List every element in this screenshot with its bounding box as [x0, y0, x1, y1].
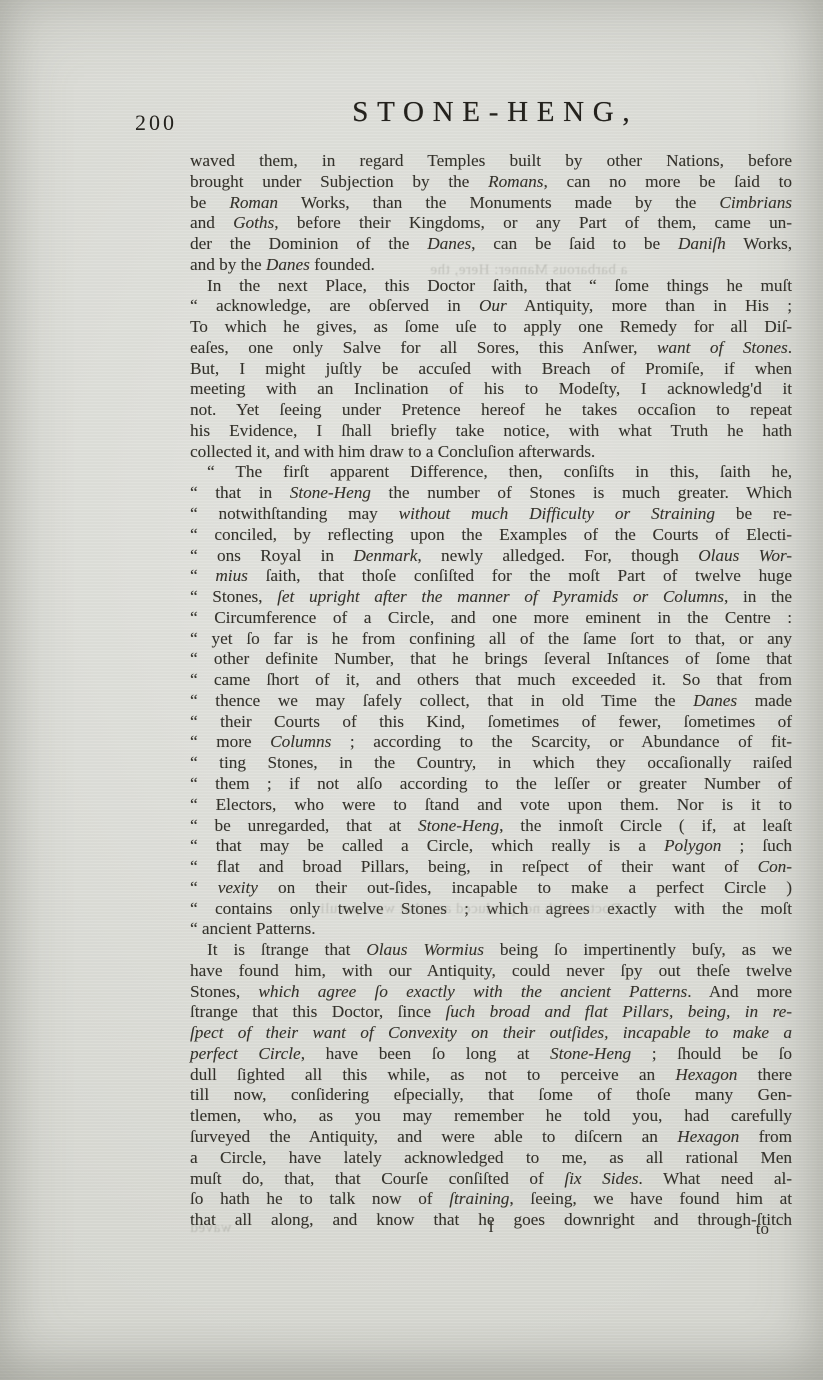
- text-segment: . What need al-: [638, 1169, 792, 1188]
- text-segment: “ other definite Number, that he brings …: [190, 649, 792, 668]
- text-segment: Works, than the Monuments made by the: [278, 193, 719, 212]
- text-segment: “ notwithſtanding may: [190, 504, 399, 523]
- book-page-scan: 200 STONE-HENG, waved them, in regard Te…: [0, 0, 823, 1380]
- text-line: “ more Columns ; according to the Scarci…: [190, 732, 792, 753]
- text-segment: .: [788, 338, 792, 357]
- text-segment: dull ſighted all this while, as not to p…: [190, 1065, 675, 1084]
- italic-text-segment: vexity: [218, 878, 258, 897]
- text-line: tlemen, who, as you may remember he told…: [190, 1106, 792, 1127]
- text-segment: “: [190, 878, 218, 897]
- text-line: and Goths, before their Kingdoms, or any…: [190, 213, 792, 234]
- text-line: “ yet ſo far is he from confining all of…: [190, 629, 792, 650]
- text-line: In the next Place, this Doctor ſaith, th…: [190, 276, 792, 297]
- text-segment: “ yet ſo far is he from confining all of…: [190, 629, 792, 648]
- catchword: to: [756, 1219, 769, 1239]
- text-line: “ notwithſtanding may without much Diffi…: [190, 504, 792, 525]
- text-line: ſtrange that this Doctor, ſince ſuch bro…: [190, 1002, 792, 1023]
- text-segment: “ ting Stones, in the Country, in which …: [190, 753, 792, 772]
- text-segment: “ ons Royal in: [190, 546, 353, 565]
- text-line: eaſes, one only Salve for all Sores, thi…: [190, 338, 792, 359]
- italic-text-segment: ſpect of their want of Convexity on thei…: [190, 1023, 792, 1042]
- italic-text-segment: Polygon: [664, 836, 721, 855]
- text-line: But, I might juſtly be accuſed with Brea…: [190, 359, 792, 380]
- text-segment: , can no more be ſaid to: [543, 172, 792, 191]
- text-segment: “ flat and broad Pillars, being, in reſp…: [190, 857, 758, 876]
- italic-text-segment: Danes: [427, 234, 471, 253]
- italic-text-segment: Stone-Heng: [550, 1044, 631, 1063]
- italic-text-segment: ſuch broad and flat Pillars, being, in r…: [446, 1002, 792, 1021]
- text-segment: “ conciled, by reflecting upon the Examp…: [190, 525, 792, 544]
- text-segment: be re-: [715, 504, 792, 523]
- italic-text-segment: Con-: [758, 857, 792, 876]
- text-segment: der the Dominion of the: [190, 234, 427, 253]
- italic-text-segment: Romans: [488, 172, 543, 191]
- text-segment: muſt do, that, that Courſe conſiſted of: [190, 1169, 564, 1188]
- text-segment: “ contains only twelve Stones ; which ag…: [190, 899, 792, 918]
- text-line: “ Electors, who were to ſtand and vote u…: [190, 795, 792, 816]
- text-segment: , can be ſaid to be: [471, 234, 678, 253]
- text-segment: meeting with an Inclination of his to Mo…: [190, 379, 792, 398]
- text-segment: on their out-ſides, incapable to make a …: [258, 878, 792, 897]
- text-line: “ other definite Number, that he brings …: [190, 649, 792, 670]
- italic-text-segment: without much Difficulty or Straining: [399, 504, 715, 523]
- text-segment: from: [739, 1127, 792, 1146]
- text-line: der the Dominion of the Danes, can be ſa…: [190, 234, 792, 255]
- text-segment: , before their Kingdoms, or any Part of …: [274, 213, 792, 232]
- text-line: “ ancient Patterns.: [190, 919, 792, 940]
- text-segment: “ acknowledge, are obſerved in: [190, 296, 479, 315]
- text-line: “ mius ſaith, that thoſe conſiſted for t…: [190, 566, 792, 587]
- text-segment: not. Yet ſeeing under Pretence hereof he…: [190, 400, 792, 419]
- italic-text-segment: perfect Circle: [190, 1044, 301, 1063]
- text-line: “ thence we may ſafely collect, that in …: [190, 691, 792, 712]
- text-segment: “ be unregarded, that at: [190, 816, 418, 835]
- text-segment: “ them ; if not alſo according to the le…: [190, 774, 792, 793]
- text-line: collected it, and with him draw to a Con…: [190, 442, 792, 463]
- text-segment: ; ſuch: [721, 836, 792, 855]
- text-segment: Works,: [726, 234, 792, 253]
- text-segment: “ Stones,: [190, 587, 277, 606]
- italic-text-segment: Hexagon: [675, 1065, 737, 1084]
- italic-text-segment: mius: [215, 566, 247, 585]
- text-segment: his Evidence, I ſhall briefly take notic…: [190, 421, 792, 440]
- text-line: “ came ſhort of it, and others that much…: [190, 670, 792, 691]
- text-segment: Stones,: [190, 982, 258, 1001]
- text-segment: “ The firſt apparent Difference, then, c…: [207, 462, 792, 481]
- italic-text-segment: Hexagon: [677, 1127, 739, 1146]
- text-line: not. Yet ſeeing under Pretence hereof he…: [190, 400, 792, 421]
- text-segment: , have been ſo long at: [301, 1044, 550, 1063]
- text-segment: tlemen, who, as you may remember he told…: [190, 1106, 792, 1125]
- text-segment: , newly alledged. For, though: [417, 546, 698, 565]
- text-line: “ contains only twelve Stones ; which ag…: [190, 899, 792, 920]
- text-line: “ that in Stone-Heng the number of Stone…: [190, 483, 792, 504]
- text-line: “ ons Royal in Denmark, newly alledged. …: [190, 546, 792, 567]
- italic-text-segment: Roman: [229, 193, 278, 212]
- text-segment: made: [737, 691, 792, 710]
- text-segment: , the inmoſt Circle ( if, at leaſt: [499, 816, 792, 835]
- text-line: “ Circumference of a Circle, and one mor…: [190, 608, 792, 629]
- running-title: STONE-HENG,: [190, 96, 792, 129]
- text-segment: “ Circumference of a Circle, and one mor…: [190, 608, 792, 627]
- text-line: Stones, which agree ſo exactly with the …: [190, 982, 792, 1003]
- text-segment: “ came ſhort of it, and others that much…: [190, 670, 792, 689]
- text-line: “ acknowledge, are obſerved in Our Antiq…: [190, 296, 792, 317]
- italic-text-segment: ſtraining: [449, 1189, 509, 1208]
- text-segment: the number of Stones is much greater. Wh…: [371, 483, 792, 502]
- text-segment: “ that may be called a Circle, which rea…: [190, 836, 664, 855]
- text-line: “ them ; if not alſo according to the le…: [190, 774, 792, 795]
- text-segment: “ their Courts of this Kind, ſometimes o…: [190, 712, 792, 731]
- text-line: dull ſighted all this while, as not to p…: [190, 1065, 792, 1086]
- text-segment: In the next Place, this Doctor ſaith, th…: [207, 276, 792, 295]
- italic-text-segment: Danes: [266, 255, 310, 274]
- text-line: ſurveyed the Antiquity, and were able to…: [190, 1127, 792, 1148]
- text-line: “ that may be called a Circle, which rea…: [190, 836, 792, 857]
- text-segment: ; ſhould be ſo: [631, 1044, 792, 1063]
- text-segment: “ ancient Patterns.: [190, 919, 316, 938]
- text-line: “ conciled, by reflecting upon the Examp…: [190, 525, 792, 546]
- italic-text-segment: Goths: [233, 213, 274, 232]
- text-segment: waved them, in regard Temples built by o…: [190, 151, 792, 170]
- text-segment: But, I might juſtly be accuſed with Brea…: [190, 359, 792, 378]
- text-line: be Roman Works, than the Monuments made …: [190, 193, 792, 214]
- text-segment: be: [190, 193, 229, 212]
- text-segment: founded.: [310, 255, 375, 274]
- text-block: waved them, in regard Temples built by o…: [190, 151, 792, 1231]
- text-line: “ ting Stones, in the Country, in which …: [190, 753, 792, 774]
- italic-text-segment: Our: [479, 296, 507, 315]
- text-segment: “ more: [190, 732, 270, 751]
- text-line: ſpect of their want of Convexity on thei…: [190, 1023, 792, 1044]
- text-line: muſt do, that, that Courſe conſiſted of …: [190, 1169, 792, 1190]
- text-segment: “: [190, 566, 215, 585]
- italic-text-segment: Olaus Wor-: [698, 546, 792, 565]
- text-segment: collected it, and with him draw to a Con…: [190, 442, 595, 461]
- text-line: “ be unregarded, that at Stone-Heng, the…: [190, 816, 792, 837]
- text-line: “ Stones, ſet upright after the manner o…: [190, 587, 792, 608]
- text-segment: “ thence we may ſafely collect, that in …: [190, 691, 693, 710]
- text-line: “ their Courts of this Kind, ſometimes o…: [190, 712, 792, 733]
- text-segment: brought under Subjection by the: [190, 172, 488, 191]
- text-segment: “ Electors, who were to ſtand and vote u…: [190, 795, 792, 814]
- text-segment: ; according to the Scarcity, or Abundanc…: [331, 732, 792, 751]
- text-segment: , in the: [724, 587, 792, 606]
- text-line: “ The firſt apparent Difference, then, c…: [190, 462, 792, 483]
- text-line: waved them, in regard Temples built by o…: [190, 151, 792, 172]
- italic-text-segment: Daniſh: [678, 234, 726, 253]
- text-segment: ſtrange that this Doctor, ſince: [190, 1002, 446, 1021]
- text-line: brought under Subjection by the Romans, …: [190, 172, 792, 193]
- italic-text-segment: Denmark: [353, 546, 417, 565]
- italic-text-segment: Columns: [270, 732, 331, 751]
- text-segment: till now, conſidering eſpecially, that ſ…: [190, 1085, 792, 1104]
- signature-mark: I: [190, 1219, 792, 1237]
- text-line: a Circle, have lately acknowledged to me…: [190, 1148, 792, 1169]
- text-line: till now, conſidering eſpecially, that ſ…: [190, 1085, 792, 1106]
- text-segment: have found him, with our Antiquity, coul…: [190, 961, 792, 980]
- italic-text-segment: ſix Sides: [564, 1169, 638, 1188]
- text-segment: a Circle, have lately acknowledged to me…: [190, 1148, 792, 1167]
- text-line: “ vexity on their out-ſides, incapable t…: [190, 878, 792, 899]
- text-segment: and: [190, 213, 233, 232]
- text-segment: , ſeeing, we have found him at: [509, 1189, 792, 1208]
- text-line: “ flat and broad Pillars, being, in reſp…: [190, 857, 792, 878]
- text-segment: ſurveyed the Antiquity, and were able to…: [190, 1127, 677, 1146]
- text-segment: eaſes, one only Salve for all Sores, thi…: [190, 338, 657, 357]
- text-segment: “ that in: [190, 483, 290, 502]
- text-line: and by the Danes founded.: [190, 255, 792, 276]
- text-segment: It is ſtrange that: [207, 940, 366, 959]
- italic-text-segment: Stone-Heng: [290, 483, 371, 502]
- text-line: It is ſtrange that Olaus Wormius being ſ…: [190, 940, 792, 961]
- text-segment: there: [737, 1065, 792, 1084]
- text-line: his Evidence, I ſhall briefly take notic…: [190, 421, 792, 442]
- italic-text-segment: Stone-Heng: [418, 816, 499, 835]
- text-segment: ſo hath he to talk now of: [190, 1189, 449, 1208]
- italic-text-segment: which agree ſo exactly with the ancient …: [258, 982, 687, 1001]
- text-segment: Antiquity, more than in His ;: [507, 296, 792, 315]
- text-line: perfect Circle, have been ſo long at Sto…: [190, 1044, 792, 1065]
- text-line: To which he gives, as ſome uſe to apply …: [190, 317, 792, 338]
- italic-text-segment: Danes: [693, 691, 737, 710]
- text-line: meeting with an Inclination of his to Mo…: [190, 379, 792, 400]
- text-line: ſo hath he to talk now of ſtraining, ſee…: [190, 1189, 792, 1210]
- text-segment: . And more: [687, 982, 792, 1001]
- page-number: 200: [135, 110, 177, 136]
- text-segment: and by the: [190, 255, 266, 274]
- italic-text-segment: ſet upright after the manner of Pyramids…: [277, 587, 724, 606]
- text-line: have found him, with our Antiquity, coul…: [190, 961, 792, 982]
- italic-text-segment: Cimbrians: [719, 193, 792, 212]
- text-segment: To which he gives, as ſome uſe to apply …: [190, 317, 792, 336]
- italic-text-segment: want of Stones: [657, 338, 788, 357]
- text-segment: ſaith, that thoſe conſiſted for the moſt…: [248, 566, 792, 585]
- italic-text-segment: Olaus Wormius: [366, 940, 484, 959]
- text-segment: being ſo impertinently buſy, as we: [484, 940, 792, 959]
